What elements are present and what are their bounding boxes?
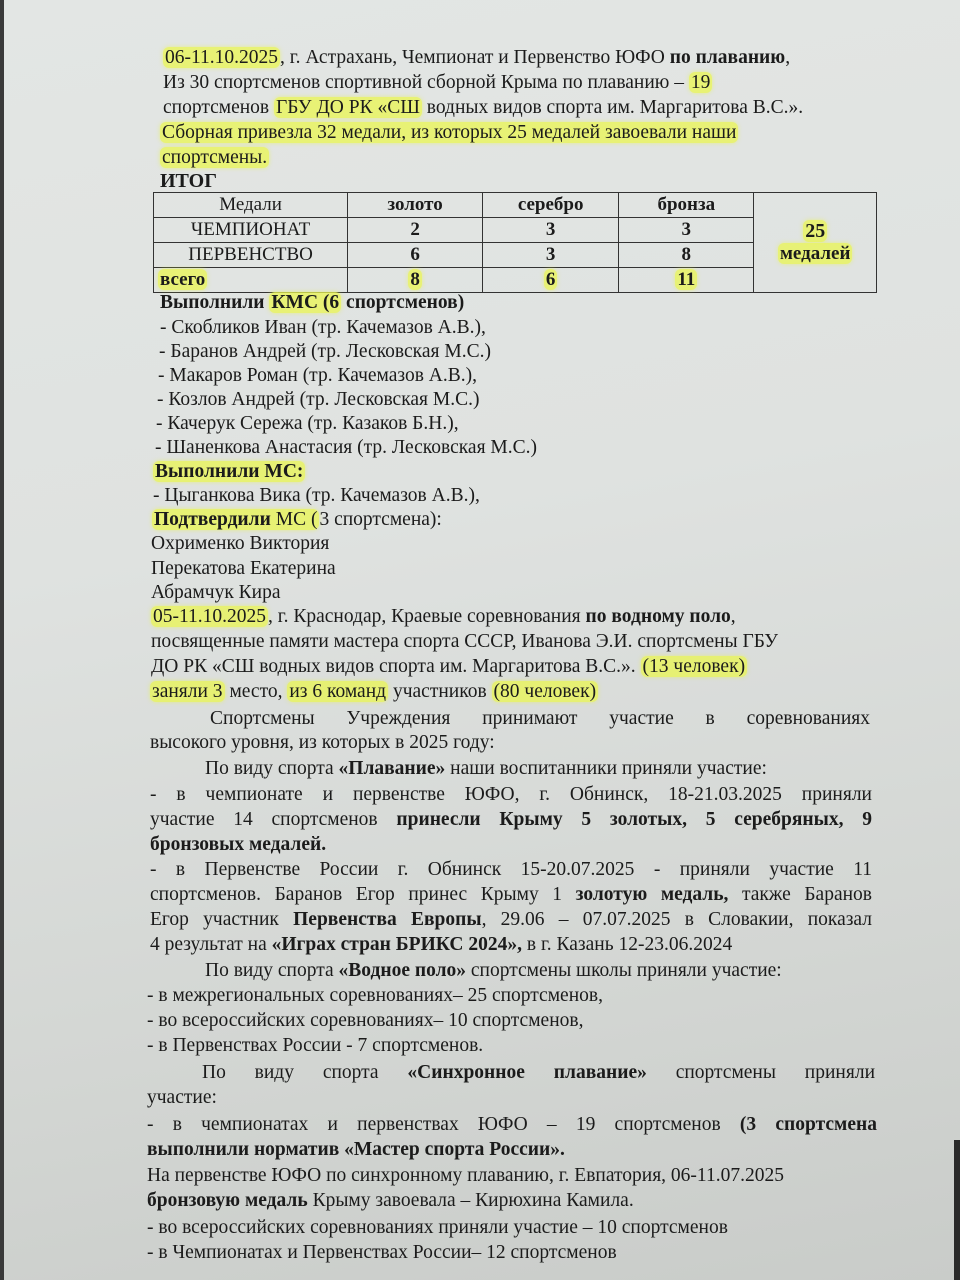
page-left-edge — [0, 0, 4, 1280]
swim-line6: Егор участник Первенства Европы, 29.06 –… — [150, 908, 872, 932]
section1-line4: Сборная привезла 32 медали, из которых 2… — [160, 121, 738, 145]
list-item: - в межрегиональных соревнованиях– 25 сп… — [147, 984, 603, 1008]
sync-line5: На первенстве ЮФО по синхронному плавани… — [147, 1164, 784, 1188]
intro-line1: Спортсмены Учреждения принимают участие … — [150, 707, 870, 731]
section1-line1: 06-11.10.2025, г. Астрахань, Чемпионат и… — [163, 46, 790, 70]
highlight-total-people: (80 человек) — [492, 681, 599, 702]
table-header-row: Медали золото серебро бронза 25 медалей — [154, 193, 877, 218]
text-bold: бронзовую медаль — [147, 1190, 308, 1211]
gold-cell: 8 — [348, 268, 483, 293]
total-number: 25 — [803, 220, 827, 242]
swim-line3: бронзовых медалей. — [150, 833, 326, 857]
itog-title: ИТОГ — [160, 169, 217, 193]
sync-line6: бронзовую медаль Крыму завоевала – Кирюх… — [147, 1189, 634, 1213]
section1-line3: спортсменов ГБУ ДО РК «СШ водных видов с… — [163, 96, 803, 120]
highlight-count: 19 — [689, 72, 713, 93]
text: участие 14 спортсменов — [150, 809, 396, 830]
text-bold: принесли Крыму 5 золотых, 5 серебряных, … — [396, 809, 872, 830]
text: По виду спорта — [205, 758, 339, 779]
event-date: 05-11.10.2025 — [151, 606, 268, 627]
section2-line2: посвященные памяти мастера спорта СССР, … — [151, 630, 778, 654]
page-right-edge — [954, 1140, 960, 1280]
section2-line3: ДО РК «СШ водных видов спорта им. Маргар… — [151, 655, 747, 679]
text: 4 результат на — [150, 934, 272, 955]
text: спортсменов. Баранов Егор принес Крыму 1 — [150, 884, 576, 905]
section2-line1: 05-11.10.2025, г. Краснодар, Краевые сор… — [151, 605, 736, 629]
text: 3 спортсмена): — [319, 509, 441, 530]
list-item: - в Чемпионатах и Первенствах России– 12… — [147, 1241, 617, 1265]
text: Выполнили — [160, 292, 269, 313]
intro-line2: высокого уровня, из которых в 2025 году: — [150, 731, 495, 755]
kms-heading: Выполнили КМС (6 спортсменов) — [160, 291, 464, 315]
swim-heading: По виду спорта «Плавание» наши воспитанн… — [205, 757, 767, 781]
text: , — [785, 47, 790, 68]
header-cell: золото — [348, 193, 483, 218]
text: МС ( — [271, 509, 318, 530]
list-item: - Макаров Роман (тр. Качемазов А.В.), — [158, 364, 477, 388]
text: участников — [388, 681, 491, 702]
swim-line1: - в чемпионате и первенстве ЮФО, г. Обни… — [150, 783, 872, 807]
text: Егор участник — [150, 909, 293, 930]
text: спортсменов — [163, 97, 274, 118]
highlight-people: (13 человек) — [641, 656, 748, 677]
sport-bold: «Водное поло» — [339, 960, 467, 981]
text: также Баранов — [728, 884, 872, 905]
total-cell: 25 медалей — [754, 193, 877, 293]
silver-cell: 3 — [483, 243, 619, 268]
row-label: всего — [154, 268, 348, 293]
ms-heading: Выполнили МС: — [153, 460, 305, 484]
header-cell: серебро — [483, 193, 619, 218]
medal-table: Медали золото серебро бронза 25 медалей … — [153, 192, 877, 293]
sync-line4: выполнили норматив «Мастер спорта России… — [147, 1138, 565, 1162]
list-item: - Баранов Андрей (тр. Лесковская М.С.) — [159, 340, 491, 364]
text: , г. Краснодар, Краевые соревнования — [268, 606, 586, 627]
polo-heading: По виду спорта «Водное поло» спортсмены … — [205, 959, 782, 983]
swim-line5: спортсменов. Баранов Егор принес Крыму 1… — [150, 883, 872, 907]
sport-bold: по плаванию — [670, 47, 785, 68]
text: место, — [225, 681, 288, 702]
highlight-teams: из 6 команд — [287, 681, 388, 702]
list-item: - Скобликов Иван (тр. Качемазов А.В.), — [160, 316, 486, 340]
highlight-athletes: спортсмены. — [160, 147, 269, 168]
text: Из 30 спортсменов спортивной сборной Кры… — [163, 72, 689, 93]
highlight-medals: Сборная привезла 32 медали, из которых 2… — [160, 122, 738, 143]
text: Подтвердили — [154, 509, 271, 530]
text: спортсмены приняли — [647, 1062, 875, 1083]
text: Крыму завоевала – Кирюхина Камила. — [308, 1190, 634, 1211]
sync-line2: участие: — [147, 1086, 217, 1110]
row-label: ПЕРВЕНСТВО — [154, 243, 348, 268]
text: , г. Астрахань, Чемпионат и Первенство Ю… — [280, 47, 670, 68]
sport-bold: «Синхронное плавание» — [407, 1062, 646, 1083]
gold-total: 8 — [408, 269, 422, 290]
section1-line2: Из 30 спортсменов спортивной сборной Кры… — [163, 71, 712, 95]
swim-line7: 4 результат на «Играх стран БРИКС 2024»,… — [150, 933, 732, 957]
list-item: - Козлов Андрей (тр. Лесковская М.С.) — [157, 388, 479, 412]
section2-line4: заняли 3 место, из 6 команд участников (… — [150, 680, 598, 704]
text: спортсменов) — [341, 292, 464, 313]
text-bold: Первенства Европы — [293, 909, 481, 930]
bronze-cell: 11 — [619, 268, 754, 293]
text-bold: золотую медаль, — [576, 884, 729, 905]
text: По виду спорта — [202, 1062, 407, 1083]
ms-confirm-heading: Подтвердили МС (3 спортсмена): — [152, 508, 442, 532]
silver-cell: 6 — [483, 268, 619, 293]
list-item: Охрименко Виктория — [151, 532, 329, 556]
text: в г. Казань 12-23.06.2024 — [522, 934, 732, 955]
header-cell: бронза — [619, 193, 754, 218]
text: водных видов спорта им. Маргаритова В.С.… — [422, 97, 803, 118]
text-bold: «Играх стран БРИКС 2024», — [272, 934, 522, 955]
row-label-text: всего — [158, 269, 207, 290]
list-item: - во всероссийских соревнованиях– 10 спо… — [147, 1009, 583, 1033]
highlight-kms: КМС (6 — [269, 292, 341, 313]
text: По виду спорта — [205, 960, 339, 981]
text: спортсмены школы приняли участие: — [466, 960, 782, 981]
sport-bold: по водному поло — [586, 606, 731, 627]
text: , — [731, 606, 736, 627]
event-date: 06-11.10.2025 — [163, 47, 280, 68]
list-item: - Качерук Сережа (тр. Казаков Б.Н.), — [156, 412, 459, 436]
list-item: - Шаненкова Анастасия (тр. Лесковская М.… — [155, 436, 537, 460]
gold-cell: 2 — [348, 218, 483, 243]
text: наши воспитанники приняли участие: — [445, 758, 767, 779]
silver-cell: 3 — [483, 218, 619, 243]
text-bold: (3 спортсмена — [740, 1114, 877, 1135]
sync-heading: По виду спорта «Синхронное плавание» спо… — [147, 1061, 875, 1085]
bronze-cell: 3 — [619, 218, 754, 243]
text: ДО РК «СШ водных видов спорта им. Маргар… — [151, 656, 641, 677]
swim-line4: - в Первенстве России г. Обнинск 15-20.0… — [150, 858, 872, 882]
highlight-place: заняли 3 — [150, 681, 225, 702]
bronze-total: 11 — [675, 269, 697, 290]
list-item: Перекатова Екатерина — [151, 557, 336, 581]
silver-total: 6 — [544, 269, 558, 290]
highlight-ms: Выполнили МС: — [153, 461, 305, 482]
gold-cell: 6 — [348, 243, 483, 268]
section1-line5: спортсмены. — [160, 146, 269, 170]
header-cell: Медали — [154, 193, 348, 218]
swim-line2: участие 14 спортсменов принесли Крыму 5 … — [150, 808, 872, 832]
list-item: - Цыганкова Вика (тр. Качемазов А.В.), — [153, 484, 480, 508]
bronze-cell: 8 — [619, 243, 754, 268]
list-item: Абрамчук Кира — [151, 581, 281, 605]
text: , 29.06 – 07.07.2025 в Словакии, показал — [482, 909, 872, 930]
list-item: - во всероссийских соревнованиях приняли… — [147, 1216, 728, 1240]
sync-line3: - в чемпионатах и первенствах ЮФО – 19 с… — [147, 1113, 877, 1137]
list-item: - в Первенствах России - 7 спортсменов. — [147, 1034, 483, 1058]
row-label: ЧЕМПИОНАТ — [154, 218, 348, 243]
total-label: медалей — [778, 243, 852, 264]
text: - в чемпионатах и первенствах ЮФО – 19 с… — [147, 1114, 740, 1135]
highlight-org: ГБУ ДО РК «СШ — [274, 97, 422, 118]
sport-bold: «Плавание» — [339, 758, 446, 779]
